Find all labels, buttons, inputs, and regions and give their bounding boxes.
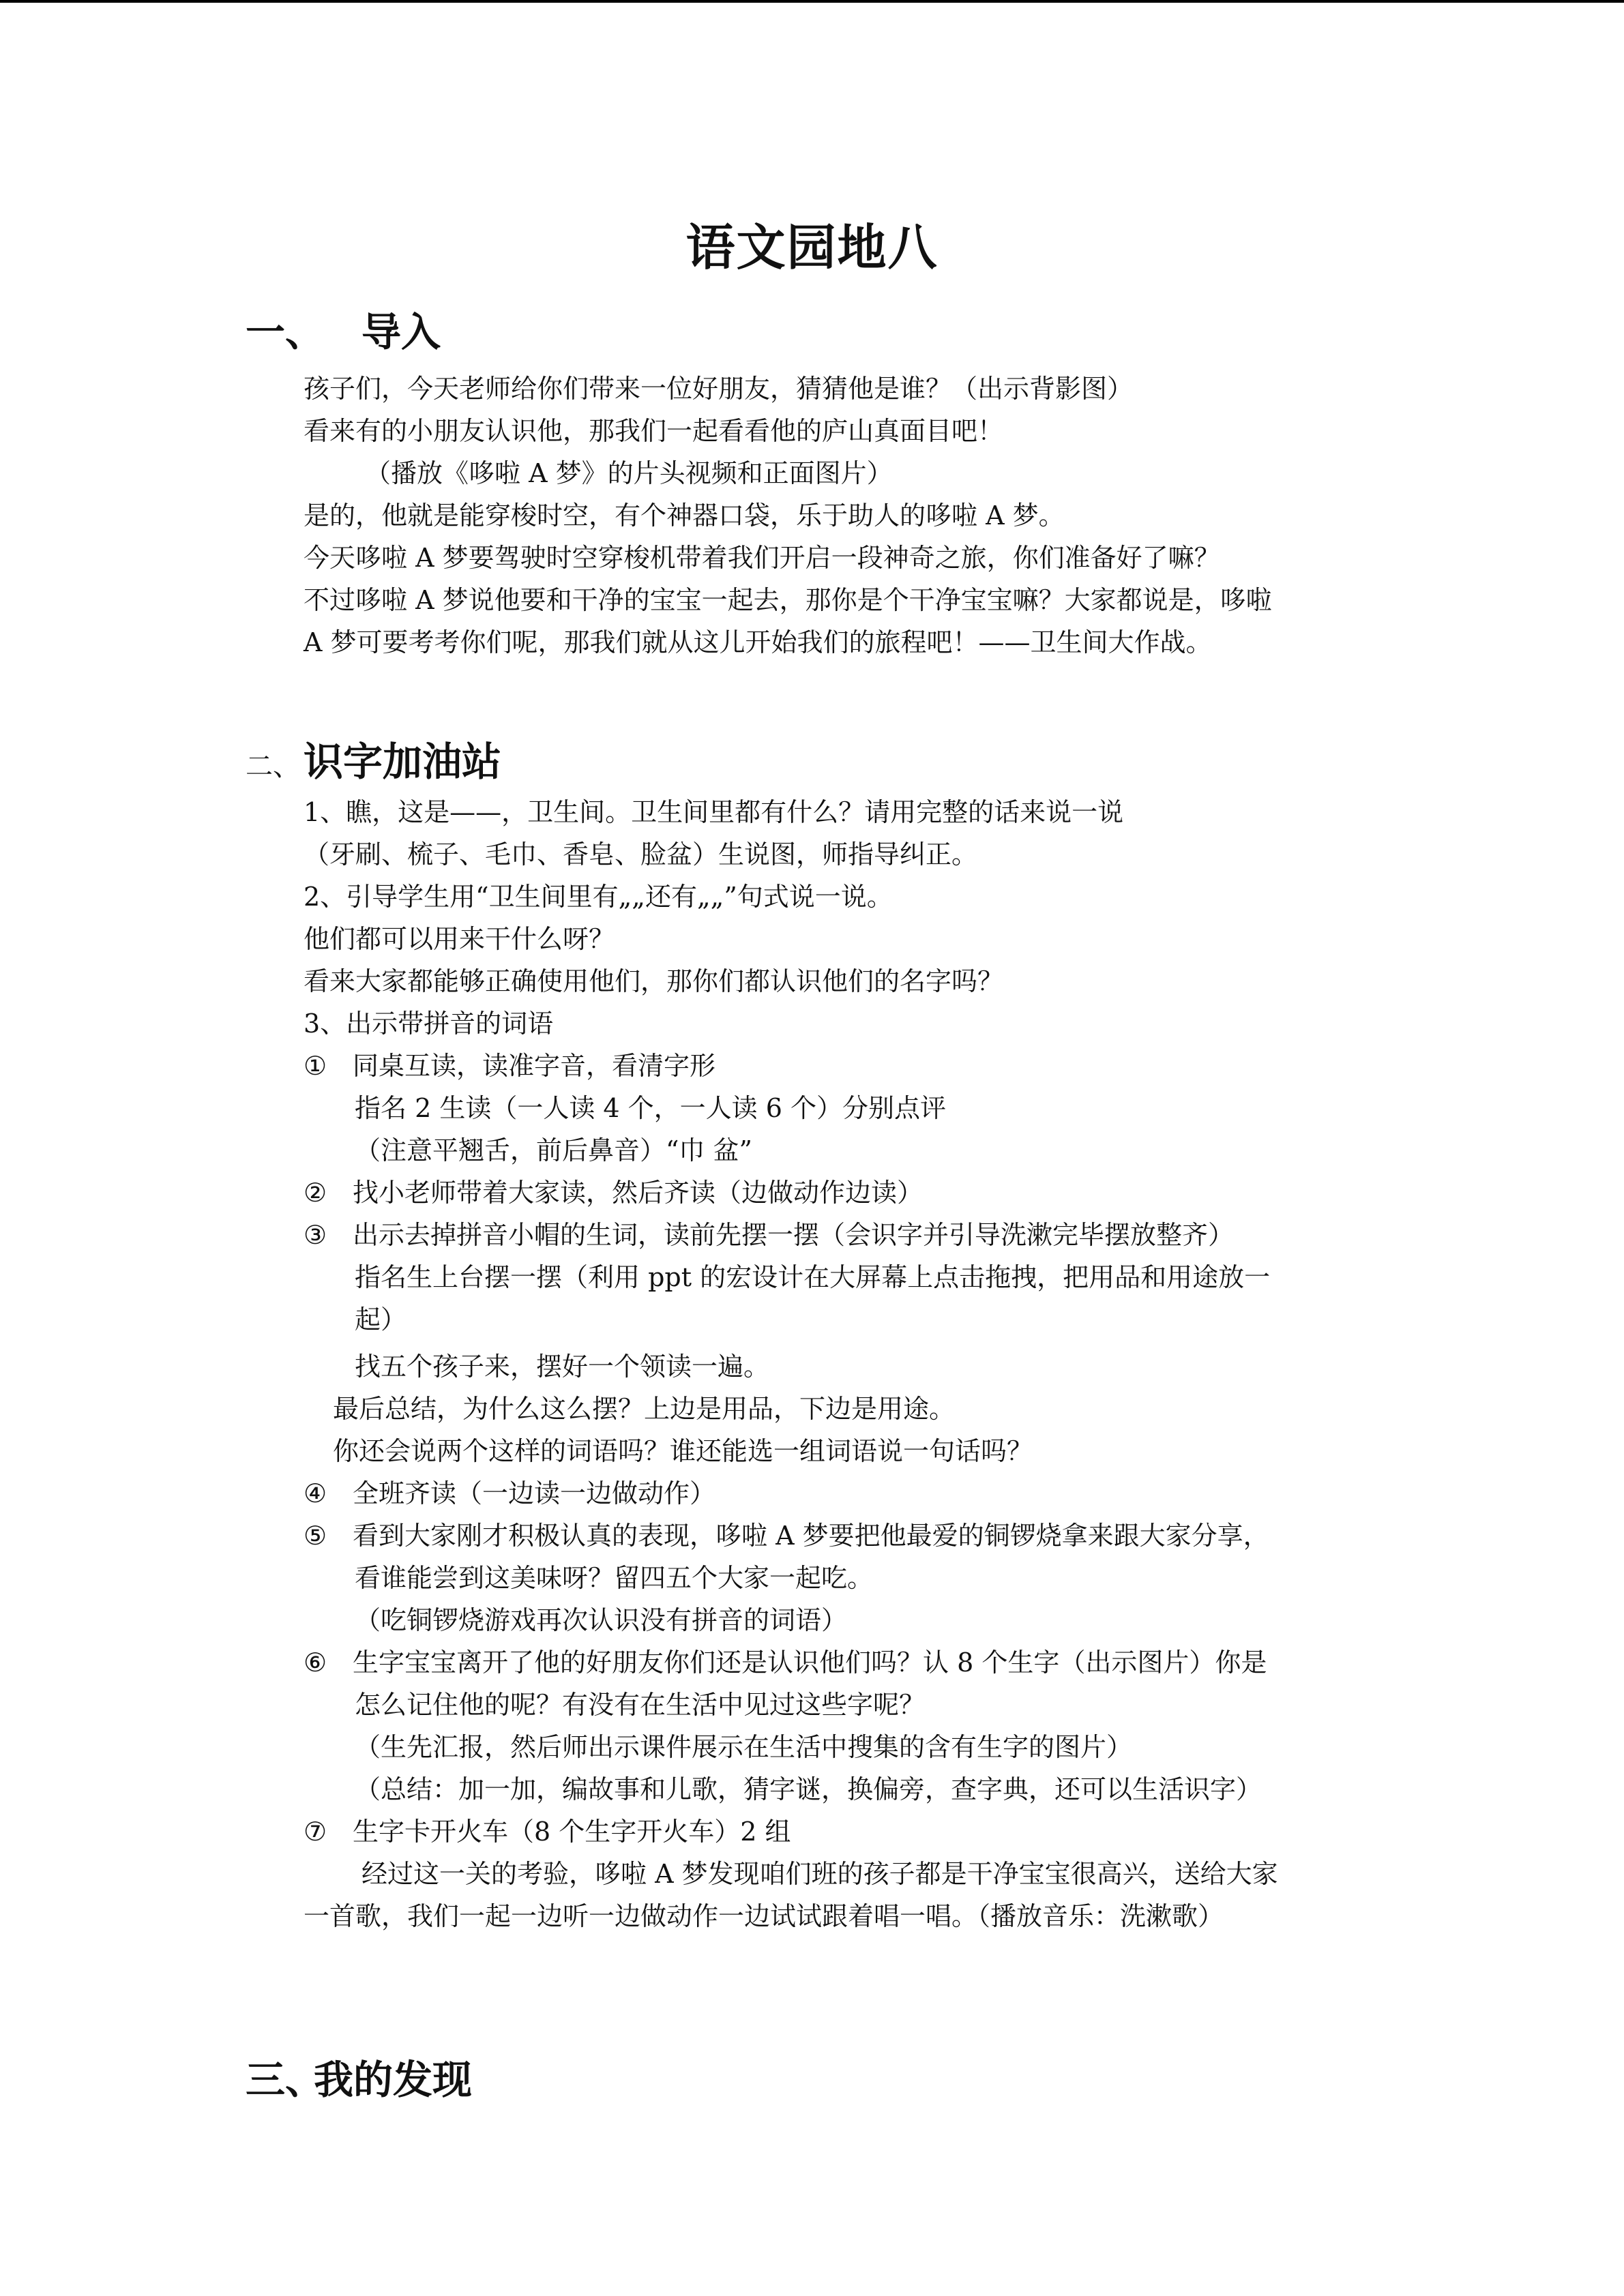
step-text: 生字宝宝离开了他的好朋友你们还是认识他们吗？认 8 个生字（出示图片）你是 xyxy=(353,1648,1267,1678)
step-text: 找小老师带着大家读，然后齐读（边做动作边读） xyxy=(353,1178,923,1208)
step-item-4: ④全班齐读（一边读一边做动作） xyxy=(304,1480,715,1506)
step-marker: ③ xyxy=(304,1222,353,1248)
step-subline: 指名生上台摆一摆（利用 ppt 的宏设计在大屏幕上点击拖拽，把用品和用途放一 xyxy=(355,1264,1270,1290)
paragraph-line: （牙刷、梳子、毛巾、香皂、脸盆）生说图，师指导纠正。 xyxy=(304,841,977,867)
paragraph-line: 今天哆啦 A 梦要驾驶时空穿梭机带着我们开启一段神奇之旅，你们准备好了嘛？ xyxy=(304,545,1220,571)
step-note: 你还会说两个这样的词语吗？谁还能选一组词语说一句话吗？ xyxy=(333,1438,1033,1464)
step-item-1: ①同桌互读，读准字音，看清字形 xyxy=(304,1053,715,1079)
section-number: 一、 xyxy=(246,300,361,357)
section-title: 导入 xyxy=(361,309,441,355)
paragraph-line: 不过哆啦 A 梦说他要和干净的宝宝一起去，那你是个干净宝宝嘛？大家都说是，哆啦 xyxy=(304,587,1272,613)
closing-line: 一首歌，我们一起一边听一边做动作一边试试跟着唱一唱。（播放音乐：洗漱歌） xyxy=(304,1903,1224,1929)
paragraph-line: 他们都可以用来干什么呀？ xyxy=(304,926,615,952)
paragraph-line: 1、瞧，这是——，卫生间。卫生间里都有什么？请用完整的话来说一说 xyxy=(304,799,1123,825)
step-item-2: ②找小老师带着大家读，然后齐读（边做动作边读） xyxy=(304,1180,923,1206)
paragraph-line: 3、出示带拼音的词语 xyxy=(304,1011,553,1037)
step-subline: 起） xyxy=(355,1307,407,1332)
step-text: 生字卡开火车（8 个生字开火车）2 组 xyxy=(353,1817,791,1847)
step-subline: （吃铜锣烧游戏再次认识没有拼音的词语） xyxy=(355,1607,847,1633)
step-marker: ⑦ xyxy=(304,1819,353,1845)
section-heading-3: 三、我的发现 xyxy=(246,2048,472,2105)
step-subline: （总结：加一加，编故事和儿歌，猜字谜，换偏旁，查字典，还可以生活识字） xyxy=(355,1776,1262,1802)
step-text: 同桌互读，读准字音，看清字形 xyxy=(353,1051,715,1081)
step-marker: ⑤ xyxy=(304,1523,353,1549)
step-text: 全班齐读（一边读一边做动作） xyxy=(353,1478,715,1508)
paragraph-line: A 梦可要考考你们呢，那我们就从这儿开始我们的旅程吧！——卫生间大作战。 xyxy=(304,629,1212,655)
document-title: 语文园地八 xyxy=(0,208,1624,279)
step-item-3: ③出示去掉拼音小帽的生词，读前先摆一摆（会识字并引导洗漱完毕摆放整齐） xyxy=(304,1222,1234,1248)
step-subline: （注意平翘舌，前后鼻音）“巾 盆” xyxy=(355,1137,752,1163)
section-heading-2: 二、识字加油站 xyxy=(246,730,501,787)
section-title: 我的发现 xyxy=(314,2057,472,2103)
step-subline: 指名 2 生读（一人读 4 个，一人读 6 个）分别点评 xyxy=(355,1095,946,1121)
step-item-7: ⑦生字卡开火车（8 个生字开火车）2 组 xyxy=(304,1819,791,1845)
step-marker: ⑥ xyxy=(304,1650,353,1675)
step-subline: 怎么记住他的呢？有没有在生活中见过这些字呢？ xyxy=(355,1692,925,1718)
step-note: 最后总结，为什么这么摆？上边是用品，下边是用途。 xyxy=(333,1396,955,1422)
paragraph-line: 孩子们，今天老师给你们带来一位好朋友，猜猜他是谁？（出示背影图） xyxy=(304,376,1133,402)
step-marker: ① xyxy=(304,1053,353,1079)
paragraph-line: 看来大家都能够正确使用他们，那你们都认识他们的名字吗？ xyxy=(304,968,1003,994)
paragraph-line: 看来有的小朋友认识他，那我们一起看看他的庐山真面目吧！ xyxy=(304,418,1003,444)
paragraph-line: （播放《哆啦 A 梦》的片头视频和正面图片） xyxy=(365,460,893,486)
closing-line: 经过这一关的考验，哆啦 A 梦发现咱们班的孩子都是干净宝宝很高兴，送给大家 xyxy=(361,1861,1278,1887)
step-item-5: ⑤看到大家刚才积极认真的表现，哆啦 A 梦要把他最爱的铜锣烧拿来跟大家分享， xyxy=(304,1523,1269,1549)
step-marker: ④ xyxy=(304,1480,353,1506)
paragraph-line: 2、引导学生用“卫生间里有„„还有„„”句式说一说。 xyxy=(304,884,893,910)
section-title: 识字加油站 xyxy=(304,739,501,785)
section-number: 三、 xyxy=(246,2048,314,2105)
step-subline: 找五个孩子来，摆好一个领读一遍。 xyxy=(355,1354,769,1380)
section-number: 二、 xyxy=(246,745,304,784)
document-page: 语文园地八 一、导入 孩子们，今天老师给你们带来一位好朋友，猜猜他是谁？（出示背… xyxy=(0,0,1624,2296)
step-text: 看到大家刚才积极认真的表现，哆啦 A 梦要把他最爱的铜锣烧拿来跟大家分享， xyxy=(353,1521,1269,1551)
paragraph-line: 是的，他就是能穿梭时空，有个神器口袋，乐于助人的哆啦 A 梦。 xyxy=(304,503,1065,528)
step-item-6: ⑥生字宝宝离开了他的好朋友你们还是认识他们吗？认 8 个生字（出示图片）你是 xyxy=(304,1650,1267,1675)
step-marker: ② xyxy=(304,1180,353,1206)
section-heading-1: 一、导入 xyxy=(246,300,441,357)
step-subline: （生先汇报，然后师出示课件展示在生活中搜集的含有生字的图片） xyxy=(355,1734,1132,1760)
step-text: 出示去掉拼音小帽的生词，读前先摆一摆（会识字并引导洗漱完毕摆放整齐） xyxy=(353,1220,1234,1250)
step-subline: 看谁能尝到这美味呀？留四五个大家一起吃。 xyxy=(355,1565,873,1591)
